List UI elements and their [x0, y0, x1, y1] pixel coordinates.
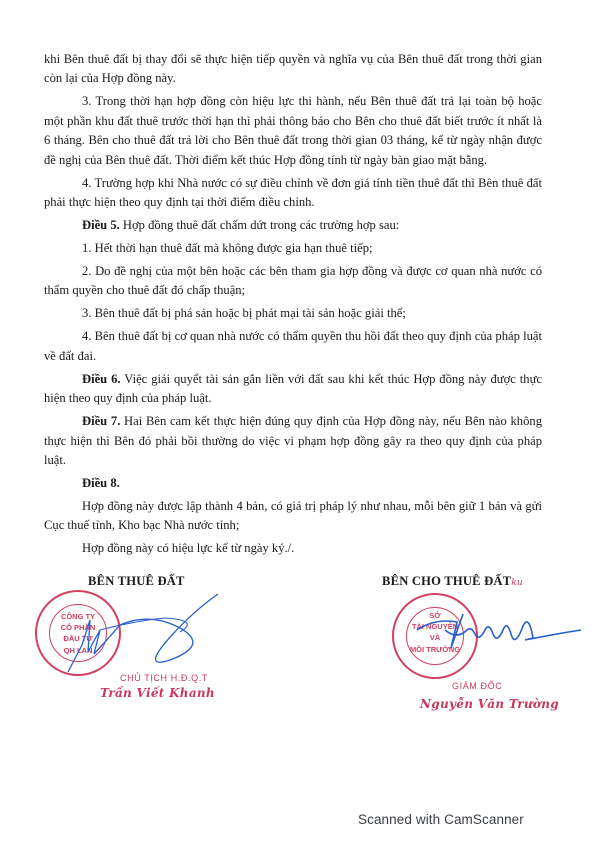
paragraph-text: 3. Trong thời hạn hợp đồng còn hiệu lực … — [44, 94, 542, 166]
lessor-signer-name: Nguyễn Văn Trường — [420, 697, 559, 711]
lessor-heading: BÊN CHO THUÊ ĐẤTku — [382, 574, 523, 589]
initial-mark: ku — [511, 578, 523, 588]
paragraph-text: 1. Hết thời hạn thuê đất mà không được g… — [82, 241, 373, 255]
paragraph-text: Hợp đồng này được lập thành 4 bản, có gi… — [44, 499, 542, 532]
contract-paragraph: 4. Trường hợp khi Nhà nước có sự điều ch… — [44, 174, 542, 213]
paragraph-text: khi Bên thuê đất bị thay đổi sẽ thực hiệ… — [44, 52, 542, 85]
contract-paragraph: 2. Do đề nghị của một bên hoặc các bên t… — [44, 262, 542, 301]
paragraph-text: 4. Trường hợp khi Nhà nước có sự điều ch… — [44, 176, 542, 209]
paragraph-text: 4. Bên thuê đất bị cơ quan nhà nước có t… — [44, 329, 542, 362]
contract-paragraph: Hợp đồng này được lập thành 4 bản, có gi… — [44, 497, 542, 536]
lessee-role: CHỦ TỊCH H.Đ.Q.T — [120, 673, 208, 683]
article-label: Điều 5. — [82, 218, 120, 232]
contract-paragraph: Điều 5. Hợp đồng thuê đất chấm dứt trong… — [44, 216, 542, 235]
document-page: khi Bên thuê đất bị thay đổi sẽ thực hiệ… — [0, 0, 595, 842]
contract-paragraph: 4. Bên thuê đất bị cơ quan nhà nước có t… — [44, 327, 542, 366]
contract-paragraph: Điều 6. Việc giải quyết tài sản gắn liền… — [44, 370, 542, 409]
contract-body: khi Bên thuê đất bị thay đổi sẽ thực hiệ… — [44, 50, 542, 562]
paragraph-text: 2. Do đề nghị của một bên hoặc các bên t… — [44, 264, 542, 297]
lessee-heading: BÊN THUÊ ĐẤT — [88, 574, 185, 589]
contract-paragraph: khi Bên thuê đất bị thay đổi sẽ thực hiệ… — [44, 50, 542, 89]
paragraph-text: Hợp đồng này có hiệu lực kể từ ngày ký./… — [82, 541, 294, 555]
lessee-signer-name: Trần Viết Khanh — [100, 686, 215, 700]
contract-paragraph: 3. Bên thuê đất bị phá sản hoặc bị phát … — [44, 304, 542, 323]
lessor-signature — [405, 600, 585, 660]
contract-paragraph: 1. Hết thời hạn thuê đất mà không được g… — [44, 239, 542, 258]
article-label: Điều 8. — [82, 476, 120, 490]
contract-paragraph: Điều 7. Hai Bên cam kết thực hiện đúng q… — [44, 412, 542, 470]
lessor-heading-text: BÊN CHO THUÊ ĐẤT — [382, 574, 511, 588]
camscanner-watermark: Scanned with CamScanner — [358, 812, 524, 827]
article-label: Điều 6. — [82, 372, 121, 386]
lessee-signature — [60, 590, 230, 680]
contract-paragraph: Hợp đồng này có hiệu lực kể từ ngày ký./… — [44, 539, 542, 558]
paragraph-text: Hợp đồng thuê đất chấm dứt trong các trư… — [120, 218, 400, 232]
contract-paragraph: Điều 8. — [44, 474, 542, 493]
article-label: Điều 7. — [82, 414, 120, 428]
paragraph-text: 3. Bên thuê đất bị phá sản hoặc bị phát … — [82, 306, 406, 320]
lessor-role: GIÁM ĐỐC — [452, 681, 502, 691]
contract-paragraph: 3. Trong thời hạn hợp đồng còn hiệu lực … — [44, 92, 542, 170]
